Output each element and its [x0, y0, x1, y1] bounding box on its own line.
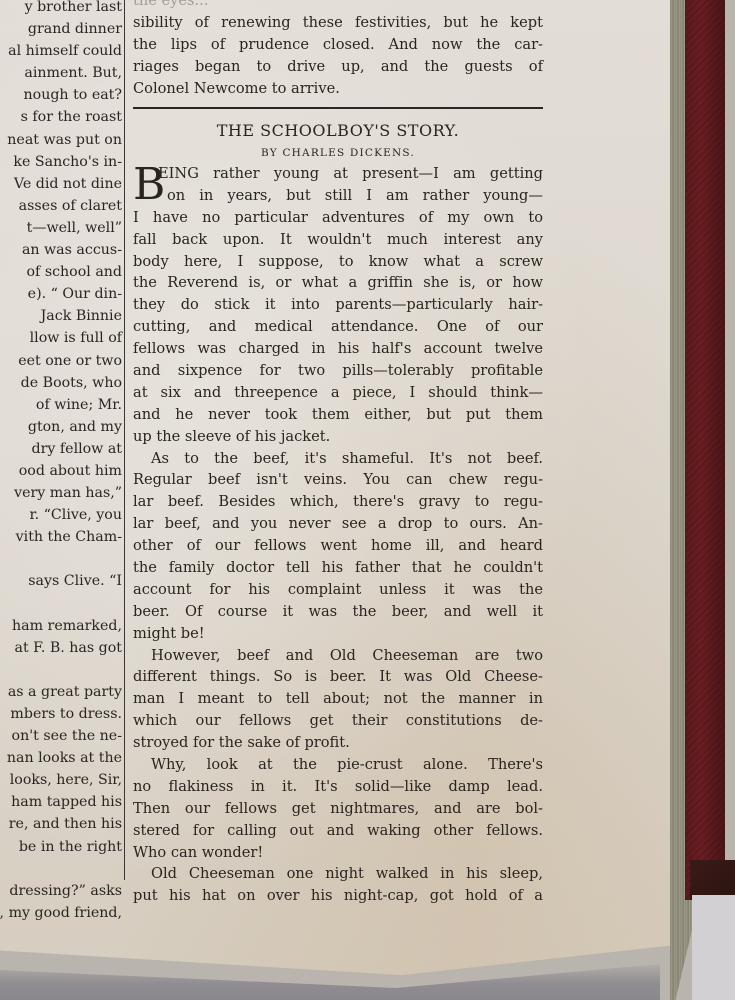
- text-line: ham tapped his: [0, 791, 122, 813]
- text-line: s for the roast: [0, 106, 122, 128]
- text-line: y brother last: [0, 0, 122, 18]
- text-line: be in the right: [0, 836, 122, 858]
- paragraph: Why, look at the pie-crust alone. There'…: [133, 754, 543, 863]
- text-line: [0, 858, 122, 880]
- text-line: other of our fellows went home ill, and …: [133, 535, 543, 557]
- text-line: up the sleeve of his jacket.: [133, 426, 543, 448]
- text-line: fall back upon. It wouldn't much interes…: [133, 229, 543, 251]
- text-line: they do stick it into parents—particular…: [133, 294, 543, 316]
- paragraph: Old Cheeseman one night walked in his sl…: [133, 863, 543, 907]
- text-line: I have no particular adventures of my ow…: [133, 207, 543, 229]
- story-paragraphs: I have no particular adventures of my ow…: [133, 207, 543, 908]
- text-line: Colonel Newcome to arrive.: [133, 78, 543, 100]
- text-line: ainment. But,: [0, 62, 122, 84]
- text-line: Old Cheeseman one night walked in his sl…: [133, 863, 543, 885]
- text-line: de Boots, who: [0, 372, 122, 394]
- text-line: might be!: [133, 623, 543, 645]
- text-line: fellows was charged in his half's accoun…: [133, 338, 543, 360]
- text-line: [0, 548, 122, 570]
- text-line: riages began to drive up, and the guests…: [133, 56, 543, 78]
- text-line: neat was put on: [0, 129, 122, 151]
- text-line: However, beef and Old Cheeseman are two: [133, 645, 543, 667]
- text-line: dry fellow at: [0, 438, 122, 460]
- text-line: Why, look at the pie-crust alone. There'…: [133, 754, 543, 776]
- paragraph: I have no particular adventures of my ow…: [133, 207, 543, 448]
- text-line: Who can wonder!: [133, 842, 543, 864]
- paragraph: However, beef and Old Cheeseman are twod…: [133, 645, 543, 754]
- text-line: sibility of renewing these festivities, …: [133, 12, 543, 34]
- text-line: man I meant to tell about; not the manne…: [133, 688, 543, 710]
- text-line: on't see the ne-: [0, 725, 122, 747]
- text-line: on in years, but still I am rather young…: [133, 185, 543, 207]
- text-line: al himself could: [0, 40, 122, 62]
- text-line: re, and then his: [0, 813, 122, 835]
- text-line: the eyes...: [133, 0, 543, 12]
- text-line: the lips of prudence closed. And now the…: [133, 34, 543, 56]
- text-line: beer. Of course it was the beer, and wel…: [133, 601, 543, 623]
- paragraph: As to the beef, it's shameful. It's not …: [133, 448, 543, 645]
- story-title: THE SCHOOLBOY'S STORY.: [133, 119, 543, 143]
- text-line: stered for calling out and waking other …: [133, 820, 543, 842]
- text-line: of school and: [0, 261, 122, 283]
- text-line: looks, here, Sir,: [0, 769, 122, 791]
- text-line: nough to eat?: [0, 84, 122, 106]
- text-line: put his hat on over his night-cap, got h…: [133, 885, 543, 907]
- table-surface: [692, 895, 735, 1000]
- text-line: t—well, well”: [0, 217, 122, 239]
- story-opening: B EING rather young at present—I am gett…: [133, 163, 543, 207]
- section-rule: [133, 107, 543, 109]
- drop-cap: B: [133, 165, 165, 205]
- text-line: body here, I suppose, to know what a scr…: [133, 251, 543, 273]
- text-line: r. “Clive, you: [0, 504, 122, 526]
- text-line: of wine; Mr.: [0, 394, 122, 416]
- text-line: dressing?” asks: [0, 880, 122, 902]
- text-line: e). “ Our din-: [0, 283, 122, 305]
- text-line: lar beef, and you never see a drop to ou…: [133, 513, 543, 535]
- text-line: EING rather young at present—I am gettin…: [133, 163, 543, 185]
- text-line: very man has,”: [0, 482, 122, 504]
- text-line: ke Sancho's in-: [0, 151, 122, 173]
- text-line: eet one or two: [0, 350, 122, 372]
- text-line: Then our fellows get nightmares, and are…: [133, 798, 543, 820]
- story-byline: BY CHARLES DICKENS.: [133, 143, 543, 163]
- text-line: vith the Cham-: [0, 526, 122, 548]
- text-line: and he never took them either, but put t…: [133, 404, 543, 426]
- text-line: the family doctor tell his father that h…: [133, 557, 543, 579]
- text-line: ood about him: [0, 460, 122, 482]
- right-column-text: the eyes... sibility of renewing these f…: [133, 0, 543, 907]
- text-line: grand dinner: [0, 18, 122, 40]
- left-column-text: y brother lastgrand dinneral himself cou…: [0, 0, 122, 924]
- text-line: asses of claret: [0, 195, 122, 217]
- text-line: no flakiness in it. It's solid—like damp…: [133, 776, 543, 798]
- text-line: as a great party: [0, 681, 122, 703]
- previous-article-ending: the eyes... sibility of renewing these f…: [133, 0, 543, 99]
- text-line: As to the beef, it's shameful. It's not …: [133, 448, 543, 470]
- text-line: ham remarked,: [0, 615, 122, 637]
- text-line: which our fellows get their constitution…: [133, 710, 543, 732]
- text-line: stroyed for the sake of profit.: [133, 732, 543, 754]
- text-line: Regular beef isn't veins. You can chew r…: [133, 469, 543, 491]
- text-line: Jack Binnie: [0, 305, 122, 327]
- text-line: lar beef. Besides which, there's gravy t…: [133, 491, 543, 513]
- text-line: gton, and my: [0, 416, 122, 438]
- book-cover-spine: [685, 0, 725, 900]
- text-line: cutting, and medical attendance. One of …: [133, 316, 543, 338]
- text-line: [0, 659, 122, 681]
- text-line: at F. B. has got: [0, 637, 122, 659]
- text-line: , my good friend,: [0, 902, 122, 924]
- text-line: Ve did not dine: [0, 173, 122, 195]
- text-line: mbers to dress.: [0, 703, 122, 725]
- text-line: different things. So is beer. It was Old…: [133, 666, 543, 688]
- text-line: says Clive. “I: [0, 570, 122, 592]
- text-line: the Reverend is, or what a griffin she i…: [133, 272, 543, 294]
- book-cover-corner: [690, 860, 735, 900]
- text-line: [0, 593, 122, 615]
- text-line: and sixpence for two pills—tolerably pro…: [133, 360, 543, 382]
- text-line: account for his complaint unless it was …: [133, 579, 543, 601]
- text-line: at six and threepence a piece, I should …: [133, 382, 543, 404]
- column-divider: [124, 0, 125, 880]
- text-line: nan looks at the: [0, 747, 122, 769]
- text-line: llow is full of: [0, 327, 122, 349]
- text-line: an was accus-: [0, 239, 122, 261]
